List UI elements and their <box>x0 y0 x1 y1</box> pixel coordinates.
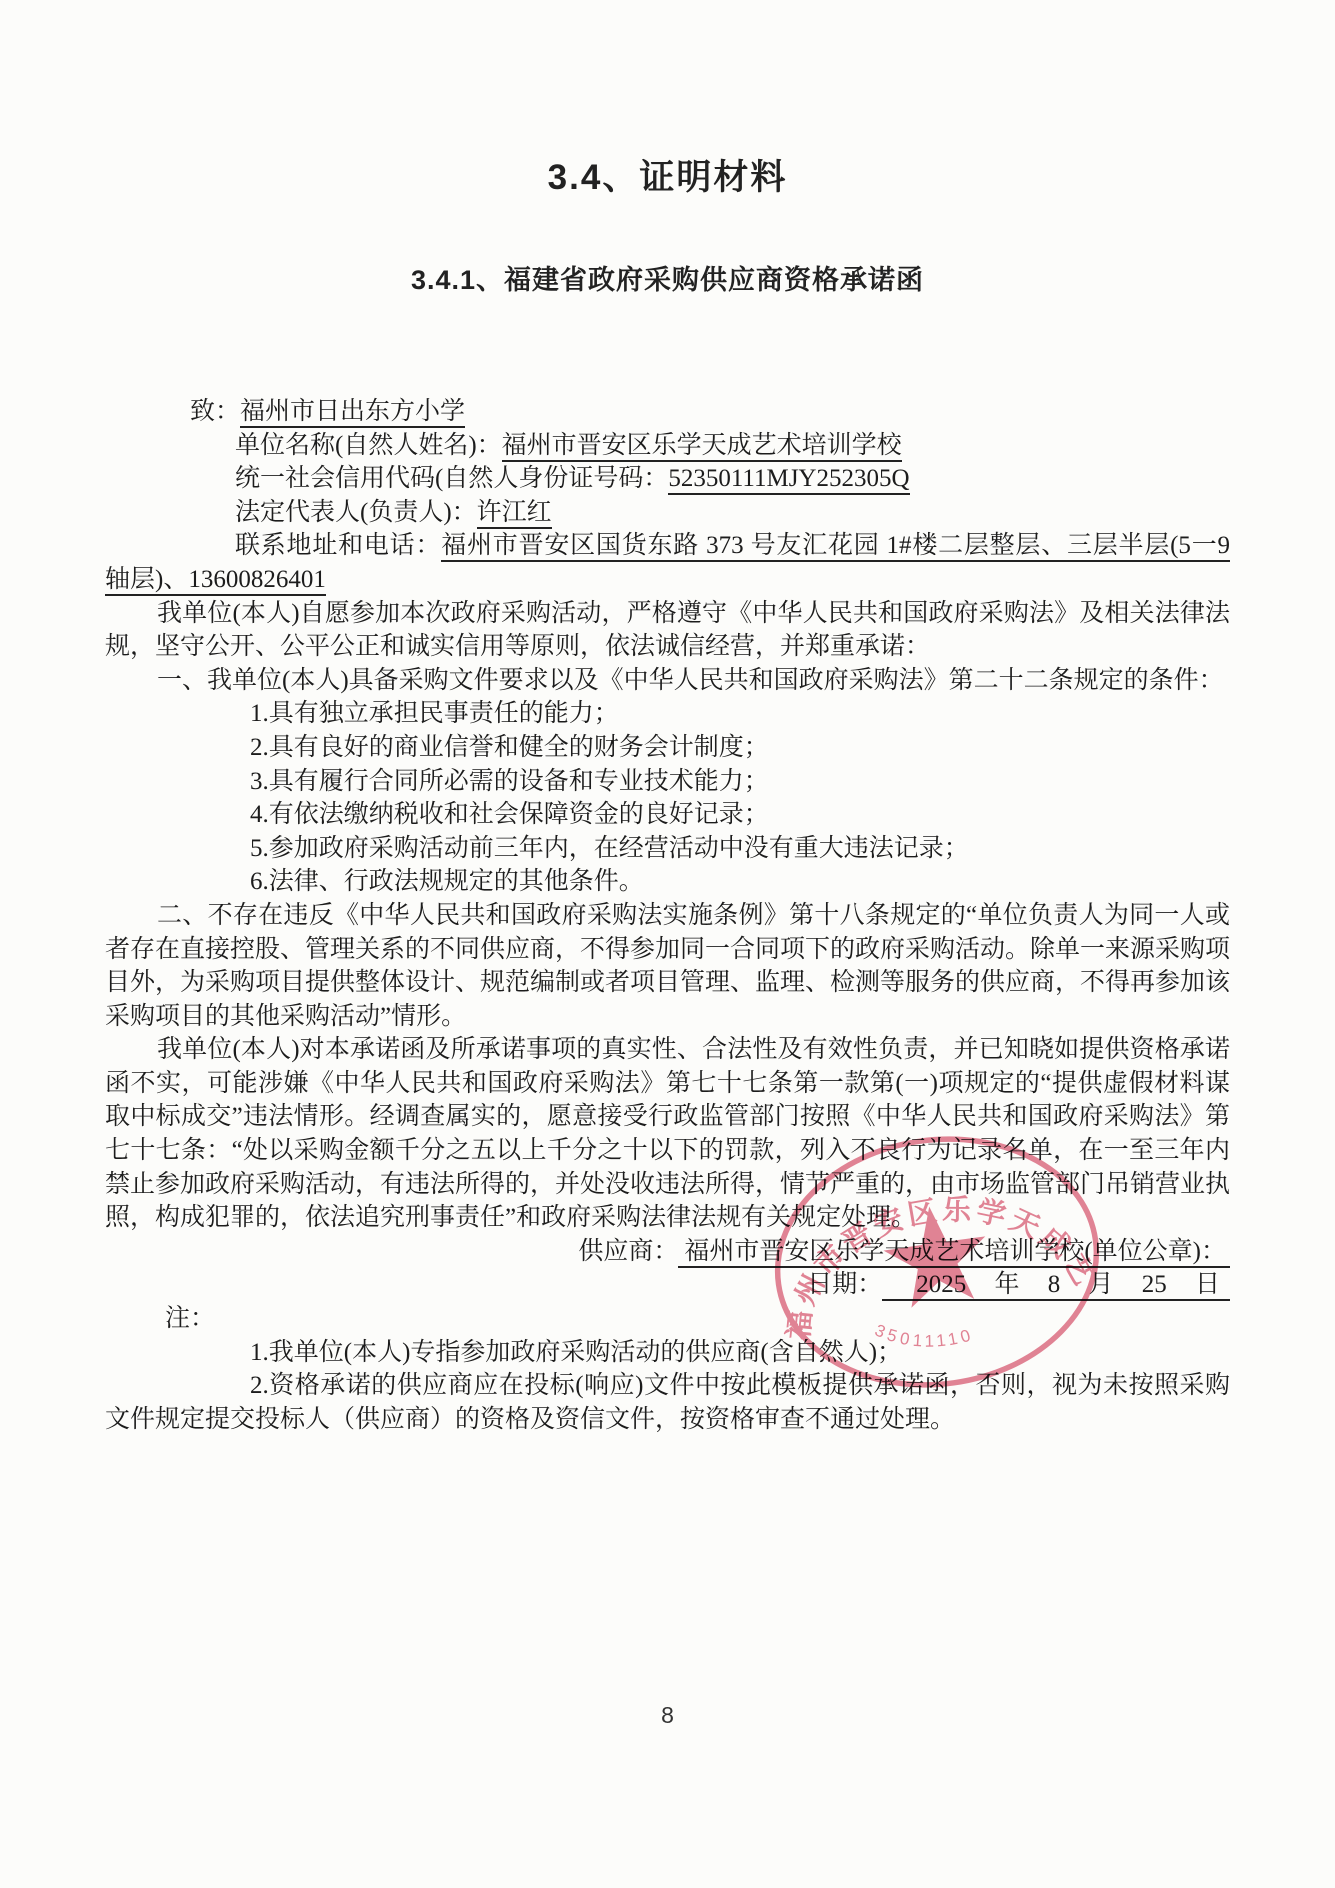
supplier-value: 福州市晋安区乐学天成艺术培训学校(单位公章)： <box>678 1238 1230 1268</box>
recipient-value: 福州市日出东方小学 <box>240 398 465 428</box>
field-label: 统一社会信用代码(自然人身份证号码： <box>235 465 668 492</box>
document-content: 3.4、证明材料 3.4.1、福建省政府采购供应商资格承诺函 致：福州市日出东方… <box>105 0 1230 1436</box>
list-item: 4.有依法缴纳税收和社会保障资金的良好记录； <box>105 798 1230 832</box>
note-item-2: 2.资格承诺的供应商应在投标(响应)文件中按此模板提供承诺函，否则，视为未按照采… <box>105 1369 1230 1436</box>
field-label: 联系地址和电话： <box>235 532 441 559</box>
document-page: 3.4、证明材料 3.4.1、福建省政府采购供应商资格承诺函 致：福州市日出东方… <box>0 0 1335 1888</box>
field-address-phone: 联系地址和电话：福州市晋安区国货东路 373 号友汇花园 1#楼二层整层、三层半… <box>105 529 1230 596</box>
paragraph-condition-1: 一、我单位(本人)具备采购文件要求以及《中华人民共和国政府采购法》第二十二条规定… <box>105 664 1230 698</box>
field-value: 52350111MJY252305Q <box>668 465 909 495</box>
date-line: 日期：2025 年 8 月 25 日 <box>105 1268 1230 1302</box>
field-legal-representative: 法定代表人(负责人)：许江红 <box>105 496 1230 530</box>
page-number: 8 <box>0 1702 1335 1729</box>
list-item: 3.具有履行合同所必需的设备和专业技术能力； <box>105 765 1230 799</box>
field-label: 法定代表人(负责人)： <box>235 499 477 526</box>
list-item: 1.具有独立承担民事责任的能力； <box>105 697 1230 731</box>
list-item: 2.具有良好的商业信誉和健全的财务会计制度； <box>105 731 1230 765</box>
field-credit-code: 统一社会信用代码(自然人身份证号码：52350111MJY252305Q <box>105 462 1230 496</box>
date-value: 2025 年 8 月 25 日 <box>882 1271 1230 1301</box>
page-title: 3.4、证明材料 <box>105 150 1230 200</box>
note-item-1: 1.我单位(本人)专指参加政府采购活动的供应商(含自然人)； <box>105 1336 1230 1370</box>
supplier-signature-line: 供应商：福州市晋安区乐学天成艺术培训学校(单位公章)： <box>105 1235 1230 1269</box>
section-subtitle: 3.4.1、福建省政府采购供应商资格承诺函 <box>105 258 1230 297</box>
paragraph-condition-2: 二、不存在违反《中华人民共和国政府采购法实施条例》第十八条规定的“单位负责人为同… <box>105 899 1230 1033</box>
field-company-name: 单位名称(自然人姓名)：福州市晋安区乐学天成艺术培训学校 <box>105 429 1230 463</box>
paragraph-pledge: 我单位(本人)自愿参加本次政府采购活动，严格遵守《中华人民共和国政府采购法》及相… <box>105 597 1230 664</box>
date-label: 日期： <box>807 1271 882 1298</box>
letter-body: 致：福州市日出东方小学 单位名称(自然人姓名)：福州市晋安区乐学天成艺术培训学校… <box>105 395 1230 1436</box>
supplier-label: 供应商： <box>578 1238 678 1265</box>
field-value: 福州市晋安区乐学天成艺术培训学校 <box>502 432 902 462</box>
paragraph-liability: 我单位(本人)对本承诺函及所承诺事项的真实性、合法性及有效性负责，并已知晓如提供… <box>105 1033 1230 1235</box>
list-item: 6.法律、行政法规规定的其他条件。 <box>105 865 1230 899</box>
recipient-line: 致：福州市日出东方小学 <box>105 395 1230 429</box>
recipient-label: 致： <box>190 398 240 425</box>
list-item: 5.参加政府采购活动前三年内，在经营活动中没有重大违法记录； <box>105 832 1230 866</box>
field-label: 单位名称(自然人姓名)： <box>235 432 502 459</box>
field-value: 许江红 <box>477 499 552 529</box>
notes-heading: 注： <box>105 1302 1230 1336</box>
